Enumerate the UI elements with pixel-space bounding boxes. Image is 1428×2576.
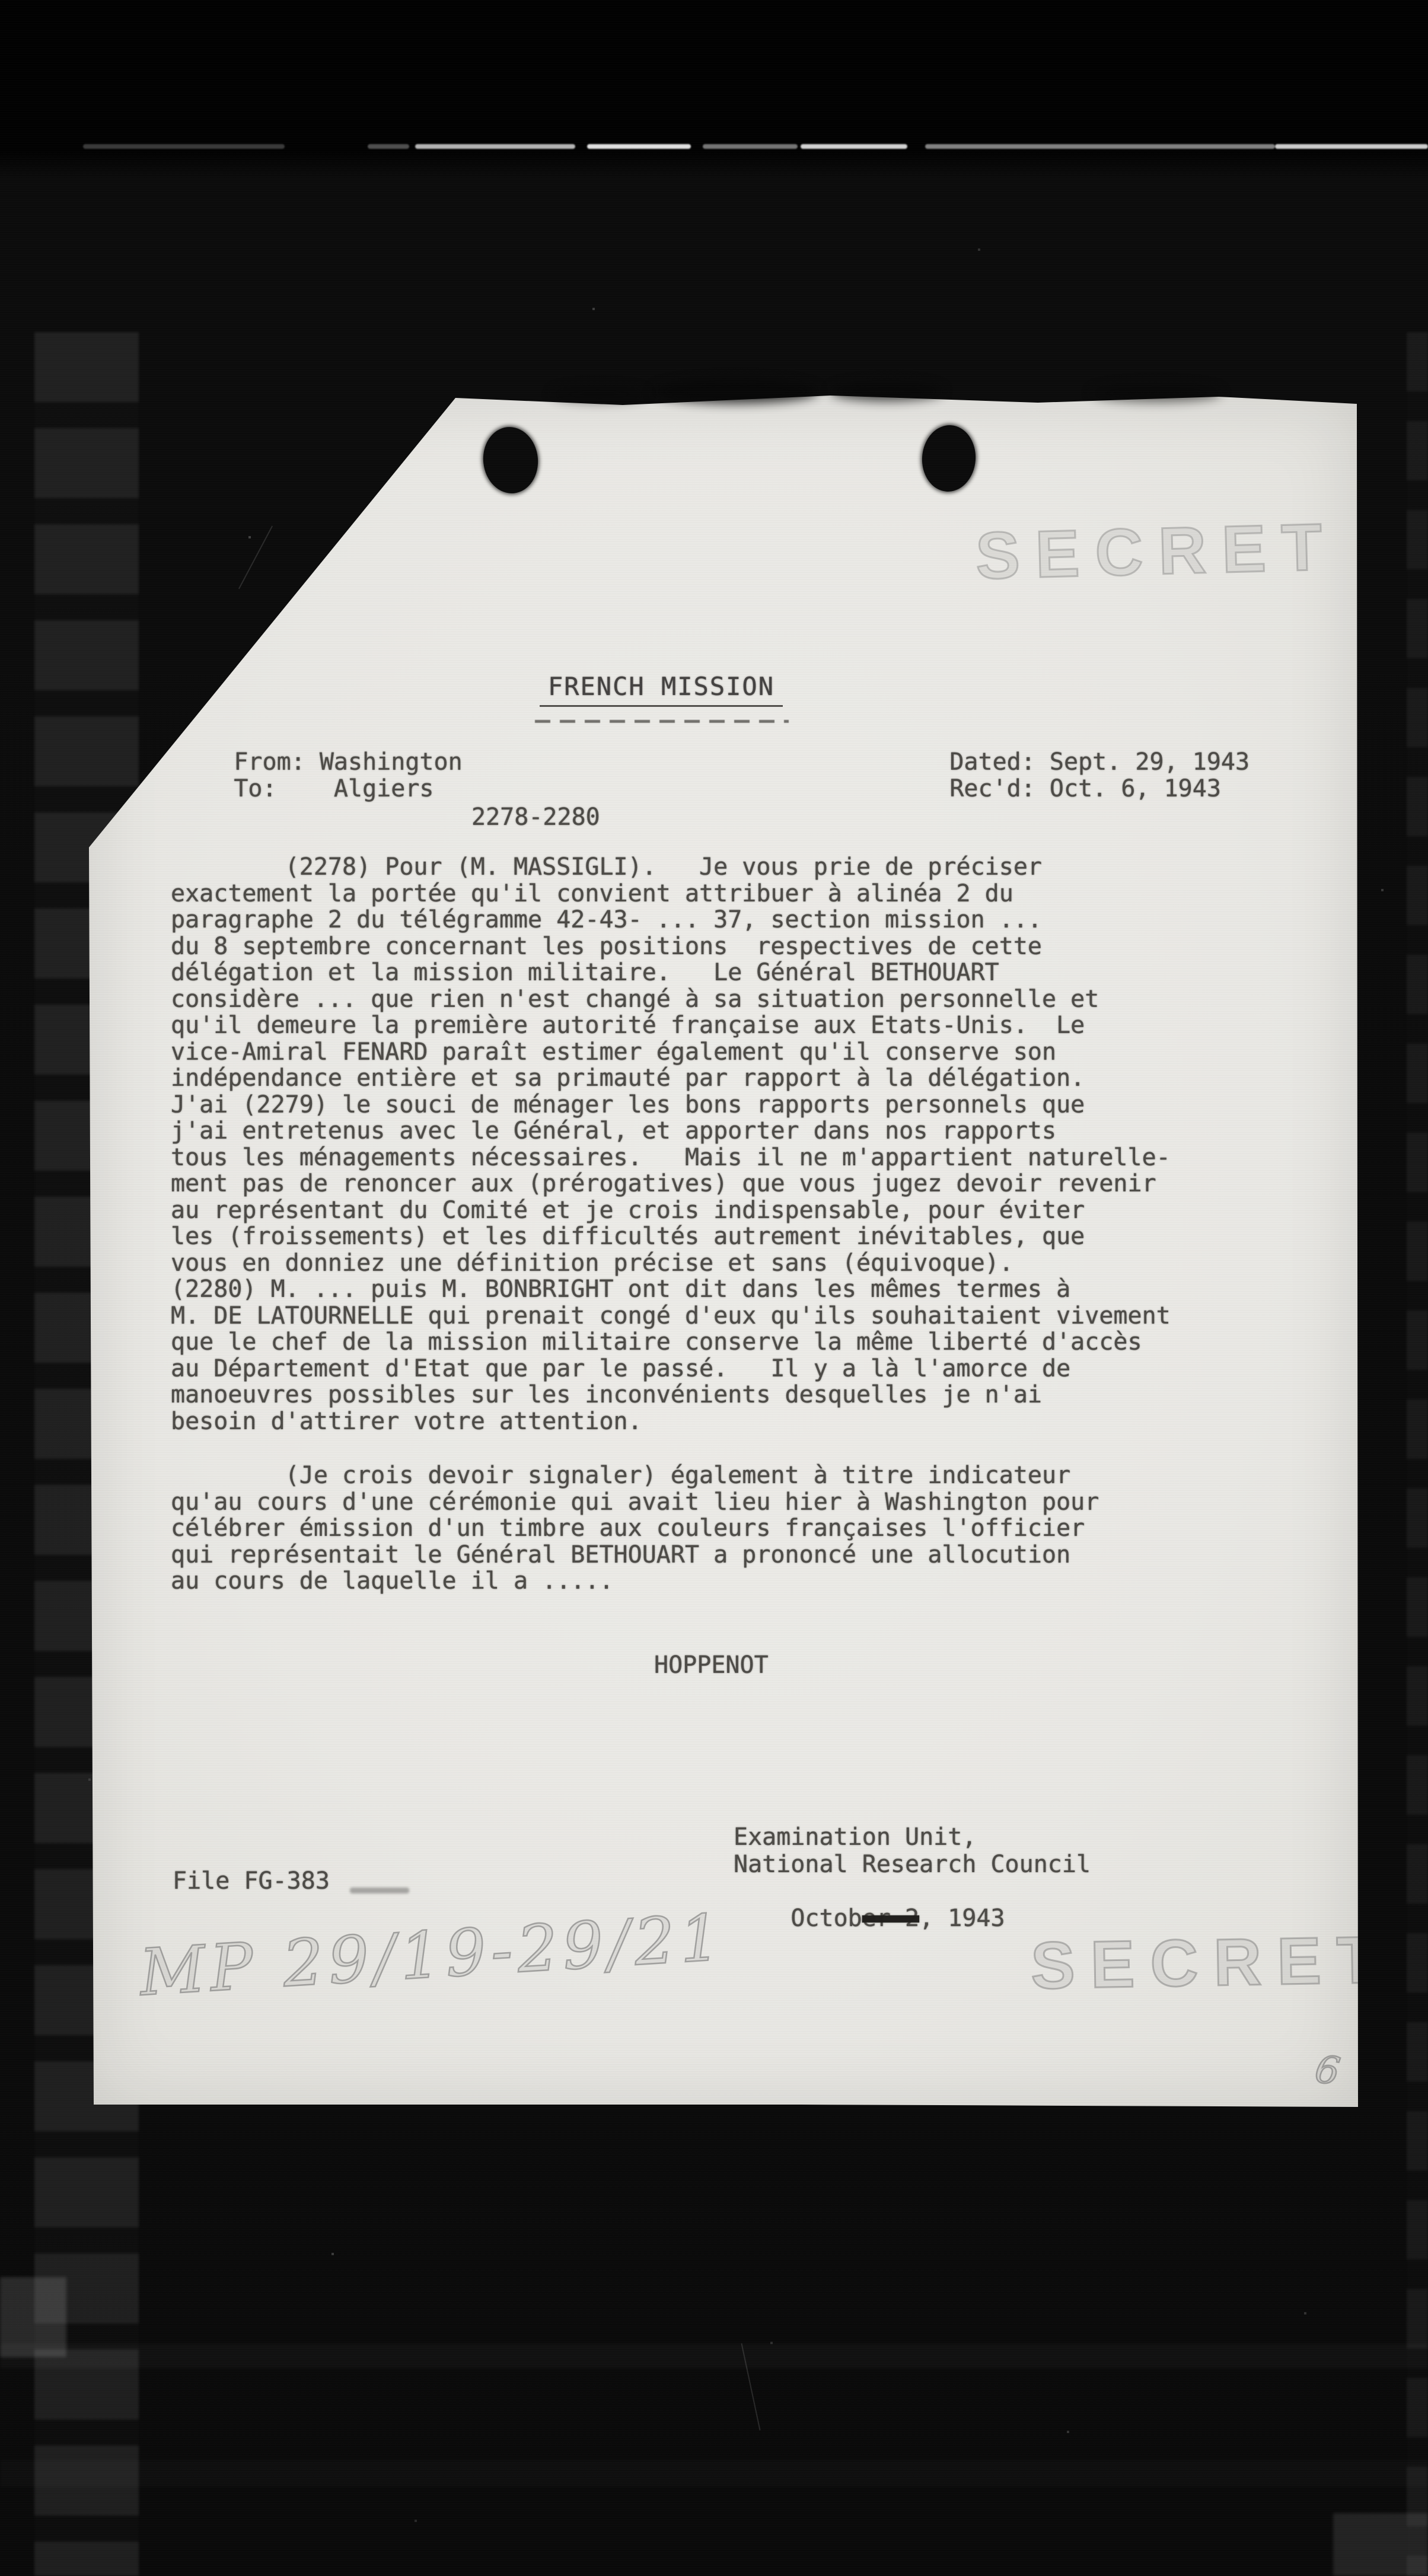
paper-edge-shadow xyxy=(830,382,943,401)
document-page: SECRET FRENCH MISSION From: Washington T… xyxy=(89,394,1358,2109)
footer-org-line1: Examination Unit, xyxy=(734,1824,976,1851)
handwritten-reference: MP 29/19-29/21 xyxy=(138,1901,727,2010)
paper-edge-shadow xyxy=(652,380,818,403)
film-light-streak xyxy=(368,144,409,149)
film-light-streak xyxy=(415,144,575,149)
reference-number: 2278-2280 xyxy=(471,804,600,831)
body-paragraph-1: (2278) Pour (M. MASSIGLI). Je vous prie … xyxy=(171,854,1171,1434)
film-light-streak xyxy=(703,144,798,149)
footer-date-struck: er 2 xyxy=(862,1905,919,1932)
to-line: To: Algiers xyxy=(177,749,434,828)
document-title: FRENCH MISSION xyxy=(540,674,783,707)
film-band-patch xyxy=(0,2460,1428,2487)
film-light-streak xyxy=(801,144,907,149)
paper-edge-shadow xyxy=(1091,384,1222,402)
received-value: Oct. 6, 1943 xyxy=(1035,775,1221,802)
microfilm-frame: { "document": { "classification_stamp": … xyxy=(0,0,1428,2576)
title-dashed-underline xyxy=(535,720,789,723)
paper-edge-shadow xyxy=(552,387,646,402)
film-light-streak xyxy=(1275,144,1428,149)
film-light-streak xyxy=(83,144,285,149)
footer-date-prefix: Octob xyxy=(791,1905,862,1932)
body-paragraph-2: (Je crois devoir signaler) également à t… xyxy=(171,1462,1099,1595)
signature: HOPPENOT xyxy=(654,1652,769,1679)
footer-date-suffix: , 1943 xyxy=(919,1905,1005,1932)
received-label: Rec'd: xyxy=(949,775,1035,802)
to-label: To: xyxy=(234,775,276,802)
film-light-streak xyxy=(925,144,1275,149)
film-edge-bands-right xyxy=(1407,332,1428,2576)
footer-date-line: October 2, 1943 xyxy=(734,1879,1005,1958)
secret-stamp-top: SECRET xyxy=(974,508,1338,594)
punch-hole-right xyxy=(920,423,978,493)
punch-hole-left xyxy=(480,424,541,496)
film-dust xyxy=(0,0,1,1)
film-band-patch xyxy=(0,2344,1428,2368)
ink-smudge xyxy=(350,1888,409,1893)
secret-stamp-bottom: SECRET xyxy=(1030,1921,1393,2004)
film-scratch xyxy=(238,526,273,589)
file-number: File FG-383 xyxy=(173,1868,330,1895)
received-line: Rec'd: Oct. 6, 1943 xyxy=(893,749,1221,828)
footer-org-line2: National Research Council xyxy=(734,1851,1091,1878)
to-value: Algiers xyxy=(277,775,434,802)
handwritten-mark: 6 xyxy=(1312,2047,1343,2094)
film-light-streak xyxy=(587,144,691,149)
film-band-patch xyxy=(1333,2513,1428,2576)
